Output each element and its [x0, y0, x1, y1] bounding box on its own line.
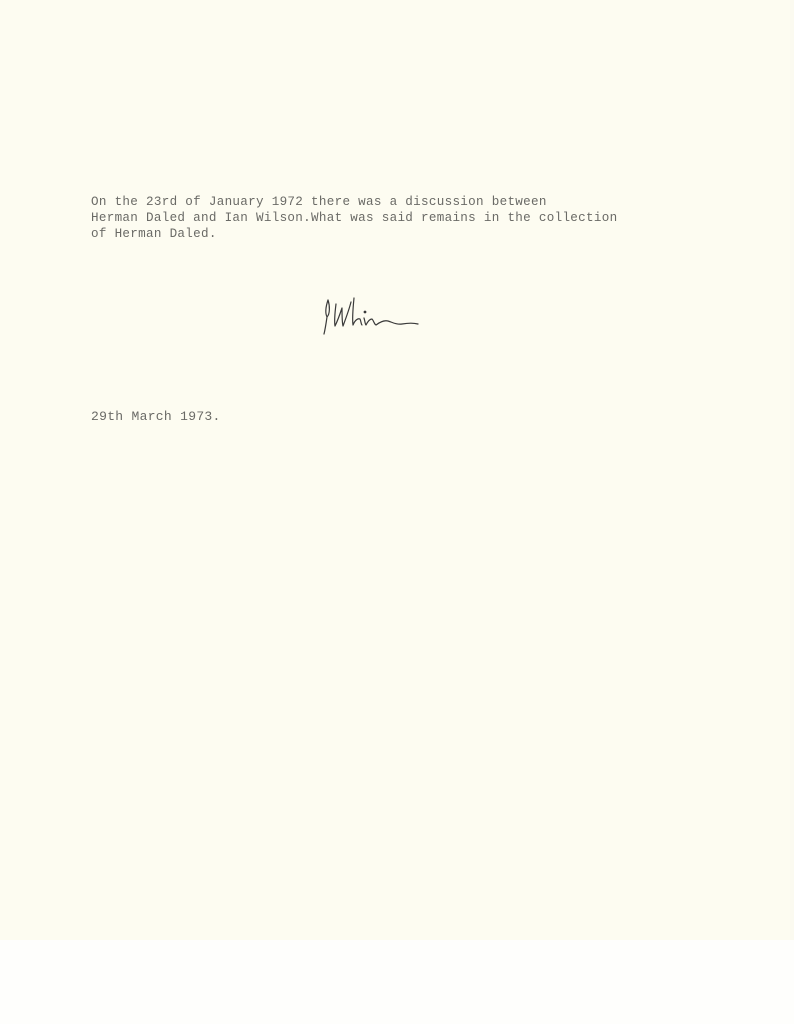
paragraph-line: Herman Daled and Ian Wilson.What was sai…	[91, 210, 617, 226]
document-date: 29th March 1973.	[91, 409, 221, 425]
signature-icon	[318, 288, 428, 338]
paper-edge	[790, 0, 794, 940]
paragraph-line: of Herman Daled.	[91, 226, 617, 242]
handwritten-signature	[318, 288, 428, 338]
statement-paragraph: On the 23rd of January 1972 there was a …	[91, 194, 617, 242]
paragraph-line: On the 23rd of January 1972 there was a …	[91, 194, 617, 210]
paper-sheet: On the 23rd of January 1972 there was a …	[0, 0, 790, 940]
